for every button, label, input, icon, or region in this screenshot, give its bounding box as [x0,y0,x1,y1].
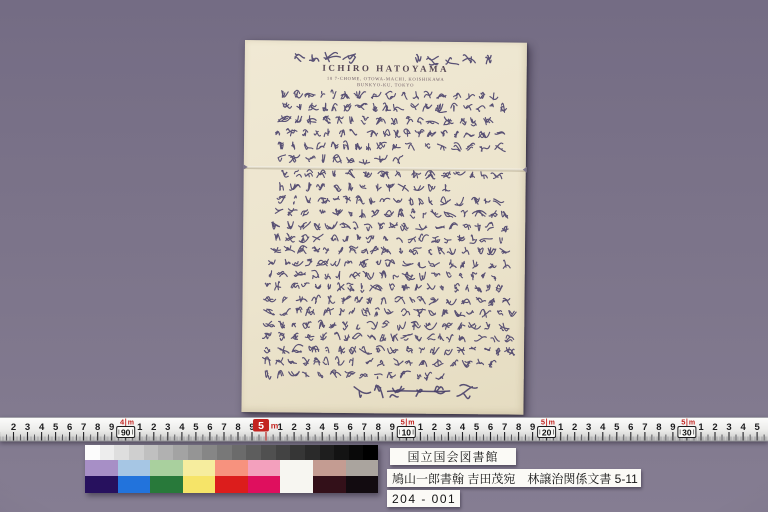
saturated-patch [183,476,216,493]
ruler-number: 2 [11,422,16,433]
handwritten-body-line [268,258,510,269]
handwritten-recipient [295,52,356,63]
ruler-number: 6 [207,422,212,433]
ruler-number: 4 [600,422,606,433]
pastel-patch [215,460,248,476]
pastel-patch [280,460,313,476]
ruler-number: 4 [740,422,746,433]
ruler-number: 3 [165,422,170,433]
library-label: 国立国会図書館 [390,448,516,465]
saturated-patch [346,476,379,493]
grayscale-step [114,445,129,460]
ruler-number: 5 [258,420,264,432]
handwritten-letter-ink [241,40,527,415]
handwritten-body-line [265,281,502,293]
ruler-number: 5 [614,422,620,433]
ruler-number: 3 [586,422,591,433]
ruler-number: 7 [81,422,86,433]
chart-row [85,476,378,493]
grayscale-step [188,445,203,460]
ruler-number: 5 [681,418,685,427]
ruler-number: 5 [334,422,340,433]
ruler-number: 2 [712,422,717,433]
ruler-number: 9 [109,422,114,433]
grayscale-step [217,445,232,460]
ruler-number: 8 [376,422,381,433]
fold-tear-left [243,164,248,170]
handwritten-body-line [264,295,510,306]
handwritten-body-line [264,344,514,355]
ruler-number: 7 [642,422,647,433]
grayscale-step [246,445,261,460]
ruler-number: 7 [221,422,226,433]
grayscale-step [202,445,217,460]
handwritten-body-line [278,140,505,151]
handwritten-body-line [277,195,504,206]
saturated-patch [248,476,281,493]
handwritten-body-line [263,332,514,343]
chart-row [85,445,378,460]
grayscale-step [349,445,364,460]
grayscale-step [363,445,378,460]
saturated-patch [313,476,346,493]
ruler-number: 5 [193,422,199,433]
ruler-number: 4 [179,422,185,433]
handwritten-body-line [269,270,496,281]
handwritten-body-line [275,208,507,220]
grayscale-step [85,445,100,460]
pastel-patch [85,460,118,476]
ruler-number: 5 [401,418,405,427]
ruler-number: 6 [488,422,493,433]
ruler-number: 10 [402,427,412,437]
collection-label: 鳩山一郎書翰 吉田茂宛 林譲治関係文書 5-11 [387,469,641,487]
grayscale-step [173,445,188,460]
ruler-number: 1 [418,422,424,433]
ruler-number: 3 [446,422,451,433]
ruler-number: 1 [558,422,564,433]
ruler-number: 5 [541,418,545,427]
saturated-patch [150,476,183,493]
pastel-patch [313,460,346,476]
handwritten-body-line [276,128,505,139]
ruler-number: 4 [320,422,326,433]
saturated-patch [85,476,118,493]
ruler-number: m [549,420,555,427]
handwritten-date [416,54,491,65]
ruler-number: 20 [542,427,552,437]
handwritten-body-line [278,154,403,165]
archival-photo-stage: ICHIRO HATOYAMA 10 7-CHOME, OTOWA-MACHI,… [0,0,768,512]
grayscale-step [144,445,159,460]
grayscale-step [100,445,115,460]
handwritten-body-line [272,220,508,232]
ruler-number: 9 [390,422,395,433]
grayscale-step [129,445,144,460]
ruler-number: 3 [305,422,310,433]
ruler-number: 5 [754,422,760,433]
ruler-number: m [689,420,695,427]
pastel-patch [118,460,151,476]
pastel-patch [150,460,183,476]
ruler-number: 3 [25,422,30,433]
handwritten-body-line [264,307,516,318]
ruler-number: 6 [348,422,353,433]
item-number-label: 204 - 001 [387,490,460,507]
ruler-number: 9 [670,422,675,433]
ruler-number: 5 [53,422,59,433]
ruler-number: 2 [291,422,296,433]
ruler-number: m [408,420,414,427]
chart-row [85,460,378,476]
fold-tear-right [523,167,527,173]
ruler-number: 6 [628,422,633,433]
saturated-patch [280,476,313,493]
handwritten-body-line [280,182,450,192]
ruler-number: 2 [432,422,437,433]
grayscale-step [320,445,335,460]
ruler-number: 2 [572,422,577,433]
ruler-number: 8 [656,422,661,433]
ruler-number: m [271,421,279,431]
ruler-number: 4 [460,422,466,433]
ruler-number: m [128,420,134,427]
handwritten-body-line [265,369,444,381]
ruler-number: 7 [362,422,367,433]
ruler-number: 6 [67,422,72,433]
color-calibration-chart [85,445,378,493]
grayscale-step [276,445,291,460]
handwritten-body-line [263,320,509,332]
handwritten-body-line [263,356,496,368]
ruler-number: 8 [235,422,240,433]
ruler-number: 8 [516,422,521,433]
grayscale-step [290,445,305,460]
pastel-patch [248,460,281,476]
handwritten-body-line [271,245,510,255]
ruler-number: 4 [39,422,45,433]
ruler-number: 8 [95,422,100,433]
grayscale-step [158,445,173,460]
saturated-patch [118,476,151,493]
grayscale-step [305,445,320,460]
letter-paper: ICHIRO HATOYAMA 10 7-CHOME, OTOWA-MACHI,… [241,40,527,415]
pastel-patch [183,460,216,476]
ruler-number: 3 [726,422,731,433]
ruler-number: 1 [277,422,283,433]
handwritten-body-line [278,115,493,126]
pastel-patch [346,460,379,476]
grayscale-step [232,445,247,460]
grayscale-step [334,445,349,460]
ruler-number: 2 [151,422,156,433]
ruler-number: 90 [121,427,131,437]
handwritten-body-line [275,233,503,245]
ruler-number: 30 [682,427,692,437]
ruler-tape: 2345678912345678912345678912345678912345… [0,417,768,444]
handwritten-body-line [283,101,507,113]
saturated-patch [215,476,248,493]
ruler-number: 7 [502,422,507,433]
handwritten-body-line [282,89,498,100]
grayscale-step [261,445,276,460]
ruler-number: 5 [474,422,480,433]
ruler-number: 1 [698,422,704,433]
ruler-number: 1 [137,422,143,433]
ruler-number: 9 [530,422,535,433]
